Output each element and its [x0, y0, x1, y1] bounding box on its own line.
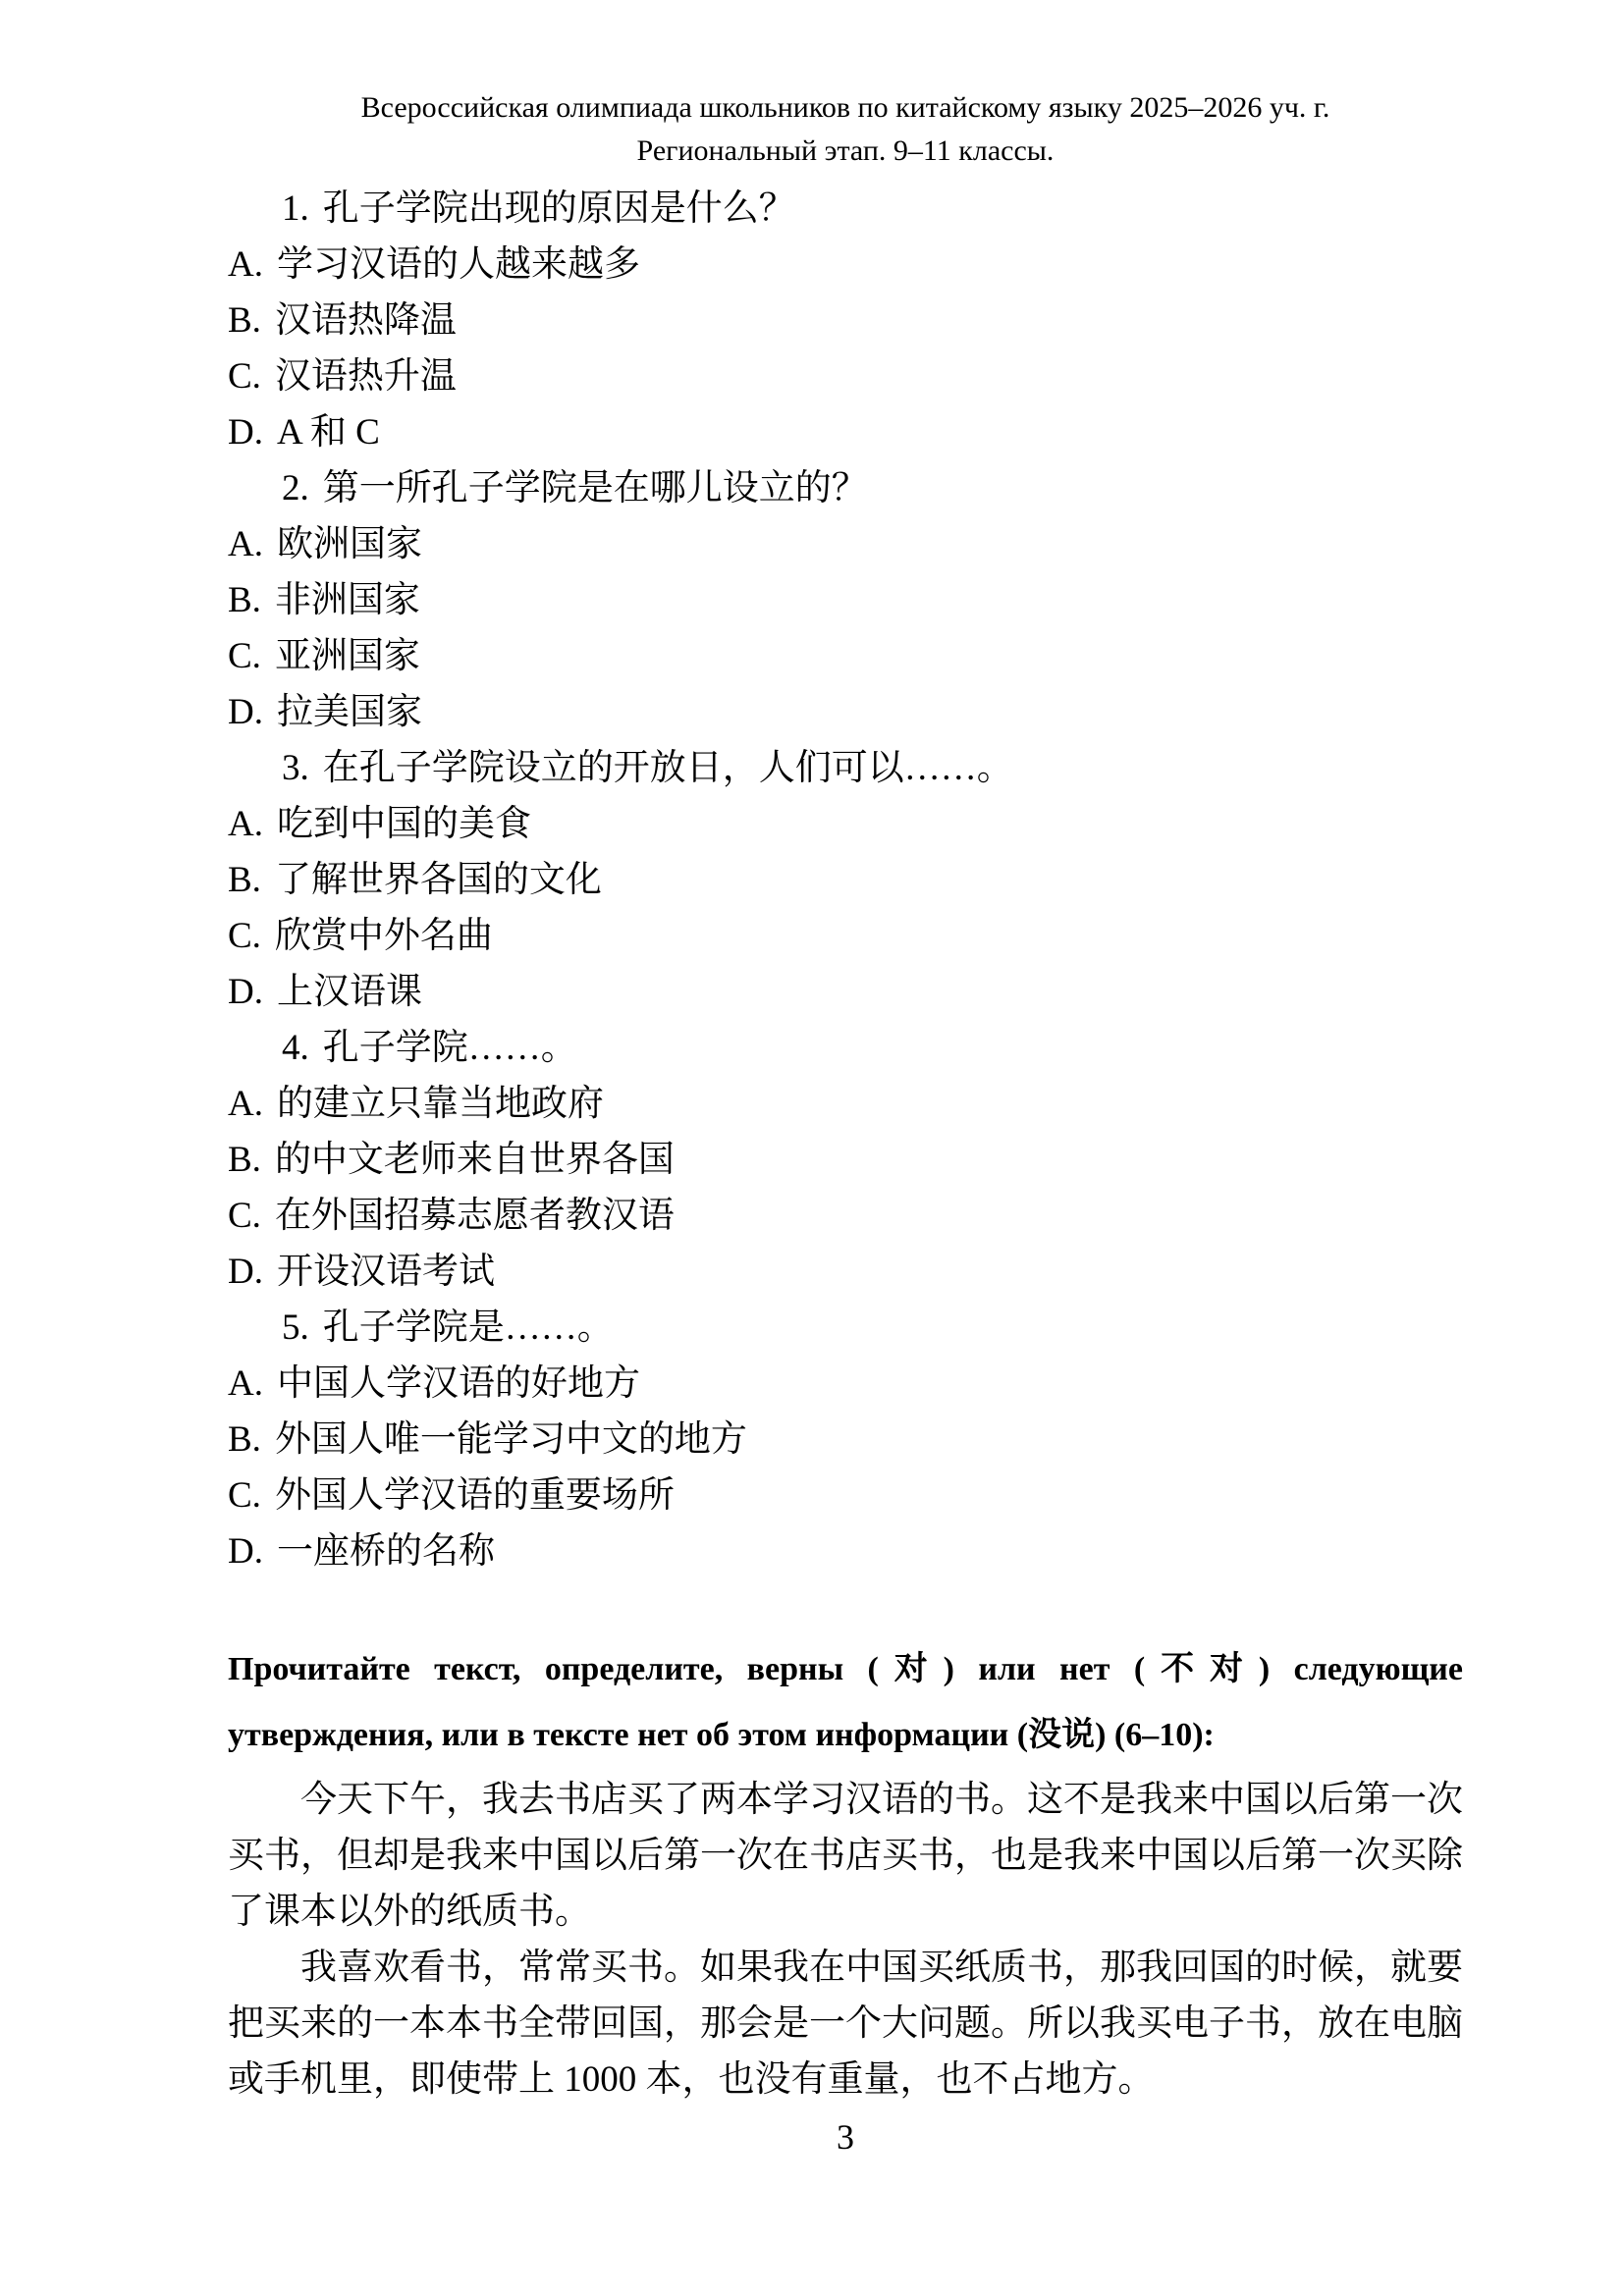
- option-text: 吃到中国的美食: [277, 804, 531, 844]
- task-instruction-line1: Прочитайте текст, определите, верны (对) …: [228, 1636, 1463, 1702]
- question-4-option-d: D.开设汉语考试: [228, 1244, 1463, 1300]
- question-number: 2.: [282, 460, 309, 516]
- option-text: 汉语热降温: [275, 300, 457, 341]
- passage-line: 我喜欢看书，常常买书。如果我在中国买纸质书，那我回国的时候，就要: [228, 1940, 1463, 1996]
- question-4-option-c: C.在外国招募志愿者教汉语: [228, 1188, 1463, 1244]
- question-4-option-b: B.的中文老师来自世界各国: [228, 1132, 1463, 1188]
- document-title: Всероссийская олимпиада школьников по ки…: [228, 86, 1463, 130]
- option-label: D.: [228, 404, 263, 460]
- question-text: 第一所孔子学院是在哪儿设立的？: [323, 468, 868, 508]
- option-label: D.: [228, 1244, 263, 1300]
- option-label: C.: [228, 348, 261, 404]
- option-label: C.: [228, 1188, 261, 1244]
- question-2-option-a: A.欧洲国家: [228, 516, 1463, 572]
- question-text: 在孔子学院设立的开放日，人们可以……。: [323, 748, 1013, 788]
- question-text: 孔子学院……。: [323, 1028, 577, 1068]
- option-text: 汉语热升温: [275, 356, 457, 397]
- option-label: B.: [228, 572, 261, 628]
- passage-line: 买书，但却是我来中国以后第一次在书店买书，也是我来中国以后第一次买除: [228, 1828, 1463, 1884]
- question-text: 孔子学院出现的原因是什么？: [323, 188, 795, 229]
- option-label: A.: [228, 1076, 263, 1132]
- option-text: 开设汉语考试: [277, 1252, 495, 1292]
- option-text: 欣赏中外名曲: [275, 916, 493, 956]
- question-1-option-a: A.学习汉语的人越来越多: [228, 237, 1463, 293]
- questions-section: 1.孔子学院出现的原因是什么？ A.学习汉语的人越来越多 B.汉语热降温 C.汉…: [228, 181, 1463, 1579]
- page-number: 3: [228, 2116, 1463, 2158]
- question-3-option-d: D.上汉语课: [228, 964, 1463, 1020]
- question-4: 4.孔子学院……。: [228, 1020, 1463, 1076]
- option-label: B.: [228, 852, 261, 908]
- option-text: 的建立只靠当地政府: [277, 1084, 604, 1124]
- question-5-option-a: A.中国人学汉语的好地方: [228, 1356, 1463, 1412]
- passage-line: 或手机里，即使带上 1000 本，也没有重量，也不占地方。: [228, 2052, 1463, 2108]
- reading-passage: 今天下午，我去书店买了两本学习汉语的书。这不是我来中国以后第一次 买书，但却是我…: [228, 1772, 1463, 2108]
- question-3-option-b: B.了解世界各国的文化: [228, 852, 1463, 908]
- option-label: C.: [228, 908, 261, 964]
- option-label: B.: [228, 1132, 261, 1188]
- question-number: 1.: [282, 181, 309, 237]
- question-number: 4.: [282, 1020, 309, 1076]
- option-label: A.: [228, 237, 263, 293]
- question-4-option-a: A.的建立只靠当地政府: [228, 1076, 1463, 1132]
- option-label: B.: [228, 1412, 261, 1468]
- question-2: 2.第一所孔子学院是在哪儿设立的？: [228, 460, 1463, 516]
- question-3-option-a: A.吃到中国的美食: [228, 796, 1463, 852]
- option-label: A.: [228, 516, 263, 572]
- option-text: A 和 C: [277, 412, 380, 453]
- option-text: 非洲国家: [275, 580, 420, 620]
- option-label: C.: [228, 628, 261, 684]
- passage-line: 把买来的一本本书全带回国，那会是一个大问题。所以我买电子书，放在电脑: [228, 1996, 1463, 2052]
- question-1-option-d: D.A 和 C: [228, 404, 1463, 460]
- option-text: 一座桥的名称: [277, 1531, 495, 1572]
- question-5-option-d: D.一座桥的名称: [228, 1523, 1463, 1579]
- document-subtitle: Региональный этап. 9–11 классы.: [228, 130, 1463, 173]
- passage-line: 今天下午，我去书店买了两本学习汉语的书。这不是我来中国以后第一次: [228, 1772, 1463, 1828]
- question-number: 3.: [282, 740, 309, 796]
- question-1-option-c: C.汉语热升温: [228, 348, 1463, 404]
- question-3-option-c: C.欣赏中外名曲: [228, 908, 1463, 964]
- passage-line: 了课本以外的纸质书。: [228, 1884, 1463, 1940]
- question-text: 孔子学院是……。: [323, 1308, 614, 1348]
- option-text: 亚洲国家: [275, 636, 420, 676]
- option-label: D.: [228, 684, 263, 740]
- question-2-option-c: C.亚洲国家: [228, 628, 1463, 684]
- question-3: 3.在孔子学院设立的开放日，人们可以……。: [228, 740, 1463, 796]
- option-text: 外国人唯一能学习中文的地方: [275, 1419, 747, 1460]
- question-2-option-b: B.非洲国家: [228, 572, 1463, 628]
- question-2-option-d: D.拉美国家: [228, 684, 1463, 740]
- option-text: 拉美国家: [277, 692, 422, 732]
- question-5-option-b: B.外国人唯一能学习中文的地方: [228, 1412, 1463, 1468]
- option-text: 外国人学汉语的重要场所: [275, 1475, 675, 1516]
- option-text: 在外国招募志愿者教汉语: [275, 1196, 675, 1236]
- option-text: 的中文老师来自世界各国: [275, 1140, 675, 1180]
- option-text: 了解世界各国的文化: [275, 860, 602, 900]
- question-5-option-c: C.外国人学汉语的重要场所: [228, 1468, 1463, 1523]
- option-text: 中国人学汉语的好地方: [277, 1363, 640, 1404]
- option-label: B.: [228, 293, 261, 348]
- question-number: 5.: [282, 1300, 309, 1356]
- document-page: Всероссийская олимпиада школьников по ки…: [0, 0, 1624, 2296]
- option-label: C.: [228, 1468, 261, 1523]
- option-text: 上汉语课: [277, 972, 422, 1012]
- option-label: D.: [228, 964, 263, 1020]
- question-1-option-b: B.汉语热降温: [228, 293, 1463, 348]
- option-label: D.: [228, 1523, 263, 1579]
- question-5: 5.孔子学院是……。: [228, 1300, 1463, 1356]
- question-1: 1.孔子学院出现的原因是什么？: [228, 181, 1463, 237]
- option-text: 学习汉语的人越来越多: [277, 244, 640, 285]
- option-label: A.: [228, 1356, 263, 1412]
- task-instruction: Прочитайте текст, определите, верны (对) …: [228, 1636, 1463, 1768]
- task-instruction-line2: утверждения, или в тексте нет об этом ин…: [228, 1702, 1463, 1768]
- option-text: 欧洲国家: [277, 524, 422, 564]
- option-label: A.: [228, 796, 263, 852]
